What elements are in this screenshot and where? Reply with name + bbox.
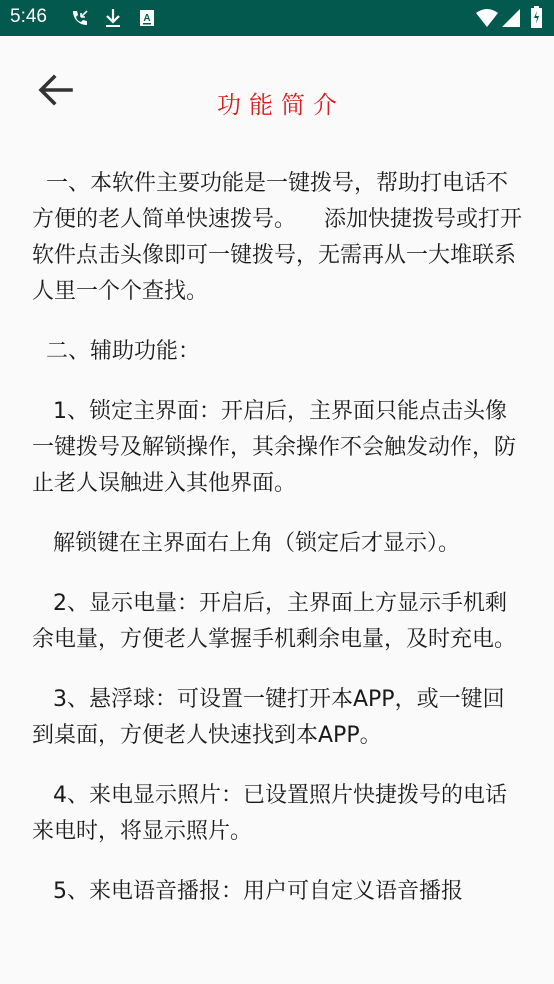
wifi-icon: [476, 9, 498, 31]
header: 功能简介: [0, 36, 554, 146]
feature-intro-content[interactable]: 一、本软件主要功能是一键拨号，帮助打电话不方便的老人简单快速拨号。 添加快捷拨号…: [32, 166, 522, 952]
svg-text:A: A: [143, 13, 150, 24]
status-time: 5:46: [10, 6, 47, 28]
paragraph-show-battery: 2、显示电量：开启后，主界面上方显示手机剩余电量，方便老人掌握手机剩余电量，及时…: [32, 586, 522, 658]
signal-icon: [502, 9, 520, 31]
page-title: 功能简介: [0, 85, 554, 120]
paragraph-auxiliary-heading: 二、辅助功能：: [32, 334, 522, 370]
paragraph-lock-main-screen: 1、锁定主界面：开启后，主界面只能点击头像一键拨号及解锁操作，其余操作不会触发动…: [32, 394, 522, 502]
paragraph-floating-ball: 3、悬浮球：可设置一键打开本APP，或一键回到桌面，方便老人快速找到本APP。: [32, 682, 522, 754]
accessibility-icon: A: [140, 10, 154, 30]
status-bar: 5:46 A: [0, 0, 554, 36]
paragraph-voice-announce: 5、来电语音播报：用户可自定义语音播报: [32, 874, 522, 910]
missed-call-icon: [70, 8, 90, 32]
paragraph-main-function: 一、本软件主要功能是一键拨号，帮助打电话不方便的老人简单快速拨号。 添加快捷拨号…: [32, 166, 522, 310]
paragraph-unlock-key: 解锁键在主界面右上角（锁定后才显示）。: [32, 526, 522, 562]
battery-charging-icon: [531, 6, 542, 32]
paragraph-caller-photo: 4、来电显示照片：已设置照片快捷拨号的电话来电时，将显示照片。: [32, 778, 522, 850]
download-icon: [104, 8, 122, 32]
